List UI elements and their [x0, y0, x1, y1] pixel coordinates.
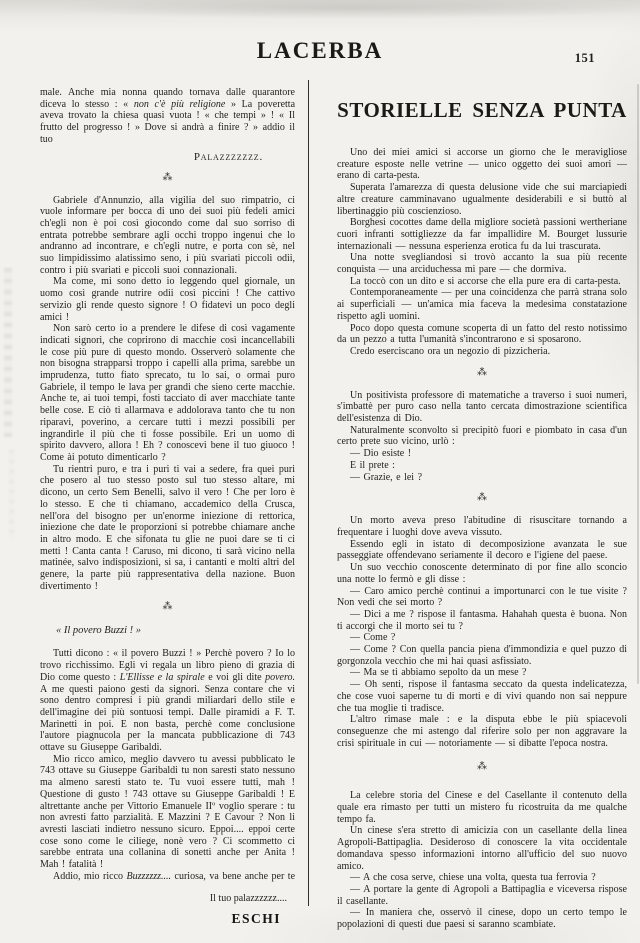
paragraph: — Dici a me ? rispose il fantasma. Hahah…: [337, 609, 627, 632]
right-column: STORIELLE SENZA PUNTA Uno dei miei amici…: [337, 87, 627, 931]
paragraph: Tutti dicono : « il povero Buzzi ! » Per…: [40, 648, 295, 753]
paragraph: Addio, mio ricco Buzzzzzz.... curiosa, v…: [40, 871, 295, 883]
paragraph: male. Anche mia nonna quando tornava dal…: [40, 87, 295, 146]
paragraph: Mio ricco amico, meglio davvero tu avess…: [40, 754, 295, 871]
signature-palazz: Palazzzzzzz.: [40, 151, 295, 163]
paragraph: — Ma se ti abbiamo sepolto da un mese ?: [337, 667, 627, 679]
paragraph: Naturalmente sconvolto si precipitò fuor…: [337, 425, 627, 448]
paragraph: Un cinese s'era stretto di amicizia con …: [337, 825, 627, 872]
paragraph: Credo eserciscano ora un negozio di pizz…: [337, 346, 627, 358]
scan-edge-artifact: [637, 84, 639, 684]
paragraph: — Dio esiste !: [337, 448, 627, 460]
paragraph: Contemporaneamente — per una coincidenza…: [337, 287, 627, 322]
paragraph: Ma come, mi sono detto io leggendo quel …: [40, 276, 295, 323]
article-headline: STORIELLE SENZA PUNTA: [337, 98, 627, 123]
asterism-divider: ⁂: [40, 602, 295, 612]
paragraph: — Come ?: [337, 632, 627, 644]
paragraph: — Grazie, e lei ?: [337, 472, 627, 484]
paragraph: — In maniera che, osservò il cinese, dop…: [337, 907, 627, 930]
paragraph: — Oh senti, rispose il fantasma seccato …: [337, 679, 627, 714]
paragraph: Non sarò certo io a prendere le difese d…: [40, 323, 295, 463]
paragraph: Un morto aveva preso l'abitudine di risu…: [337, 515, 627, 538]
paragraph: Un positivista professore di matematiche…: [337, 390, 627, 425]
paragraph: Poco dopo questa comune scoperta di un f…: [337, 323, 627, 346]
paragraph: Uno dei miei amici si accorse un giorno …: [337, 147, 627, 182]
paragraph: Un suo vecchio conoscente determinato di…: [337, 562, 627, 585]
paragraph: L'altro rimase male : e la disputa ebbe …: [337, 714, 627, 749]
asterism-divider: ⁂: [337, 493, 627, 503]
closing-line: Il tuo palazzzzzz....: [40, 893, 295, 904]
paragraph: Superata l'amarezza di questa delusione …: [337, 182, 627, 217]
paragraph: La celebre storia del Cinese e del Casel…: [337, 790, 627, 825]
paragraph: E il prete :: [337, 460, 627, 472]
paragraph: — Caro amico perchè continui a importuna…: [337, 586, 627, 609]
asterism-divider: ⁂: [40, 173, 295, 183]
paragraph: Una notte svegliandosi si trovò accanto …: [337, 252, 627, 275]
paragraph: — Come ? Con quella pancia piena d'immon…: [337, 644, 627, 667]
scan-smudge: [9, 450, 14, 540]
page-number: 151: [575, 51, 595, 66]
scan-smudge: [4, 268, 12, 438]
asterism-divider: ⁂: [337, 762, 627, 772]
paragraph: Gabriele d'Annunzio, alla vigilia del su…: [40, 195, 295, 277]
paragraph: Tu rientri puro, e tra i puri ti vai a s…: [40, 464, 295, 593]
two-column-layout: male. Anche mia nonna quando tornava dal…: [40, 87, 627, 931]
buzzi-heading: « Il povero Buzzi ! »: [56, 625, 295, 636]
masthead-title: LACERBA: [0, 38, 640, 64]
paragraph: — A che cosa serve, chiese una volta, qu…: [337, 872, 627, 884]
asterism-divider: ⁂: [337, 368, 627, 378]
paragraph: Essendo egli in istato di decomposizione…: [337, 539, 627, 562]
paragraph: La toccò con un dito e si accorse che el…: [337, 276, 627, 288]
paragraph: Borghesi cocottes dame della migliore so…: [337, 217, 627, 252]
column-divider: [308, 80, 309, 906]
paragraph: — A portare la gente di Agropoli a Batti…: [337, 884, 627, 907]
left-column: male. Anche mia nonna quando tornava dal…: [40, 87, 295, 927]
signature-eschi: ESCHI: [40, 911, 295, 927]
magazine-page: LACERBA 151 male. Anche mia nonna quando…: [0, 0, 640, 943]
